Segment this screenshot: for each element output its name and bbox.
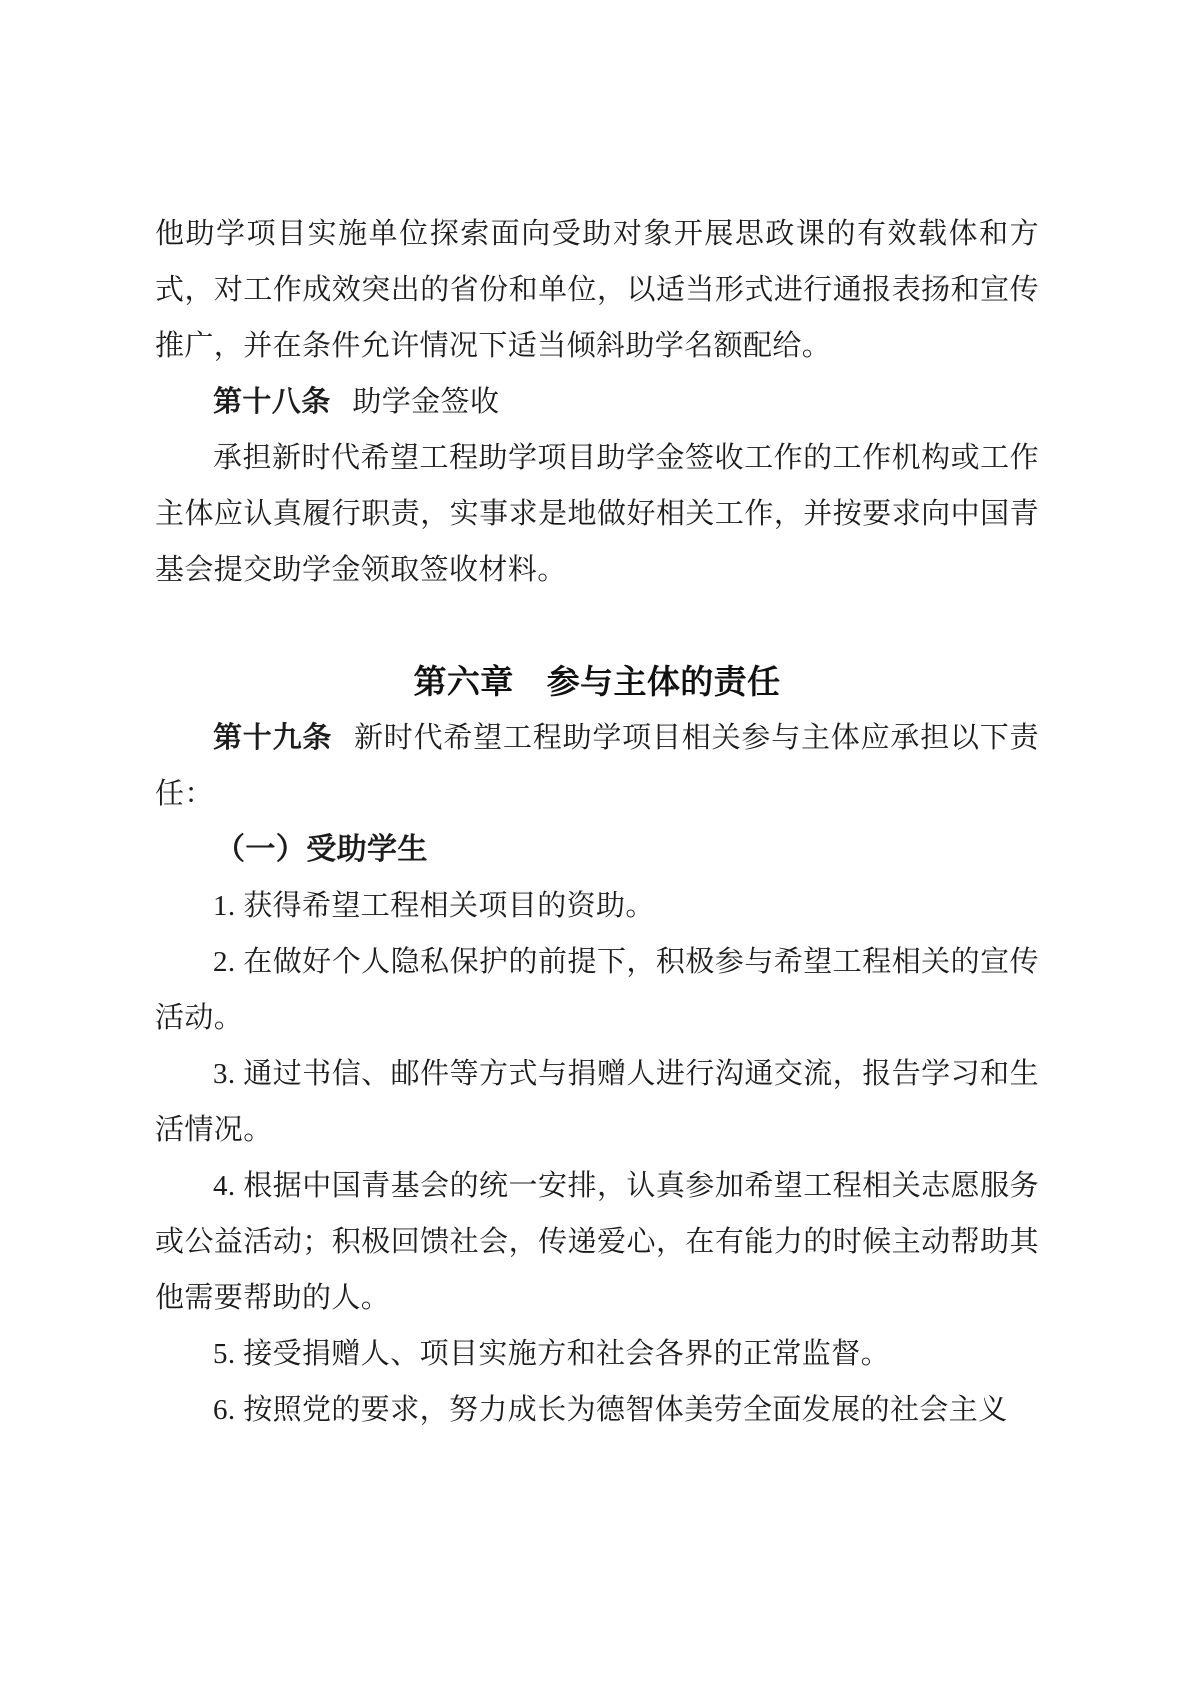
document-content: 他助学项目实施单位探索面向受助对象开展思政课的有效载体和方式，对工作成效突出的省… (155, 206, 1039, 1438)
article-18-title: 助学金签收 (352, 386, 499, 418)
chapter-6-title: 参与主体的责任 (547, 663, 781, 700)
paragraph-continuation: 他助学项目实施单位探索面向受助对象开展思政课的有效载体和方式，对工作成效突出的省… (155, 206, 1039, 374)
chapter-6-heading: 第六章参与主体的责任 (155, 654, 1039, 710)
article-19-number: 第十九条 (213, 722, 332, 754)
article-19-paragraph: 第十九条新时代希望工程助学项目相关参与主体应承担以下责任： (155, 710, 1039, 822)
list-item-3: 3. 通过书信、邮件等方式与捐赠人进行沟通交流，报告学习和生活情况。 (155, 1046, 1039, 1158)
article-18-heading: 第十八条助学金签收 (155, 374, 1039, 430)
list-item-2: 2. 在做好个人隐私保护的前提下，积极参与希望工程相关的宣传活动。 (155, 934, 1039, 1046)
article-18-body: 承担新时代希望工程助学项目助学金签收工作的工作机构或工作主体应认真履行职责，实事… (155, 430, 1039, 598)
document-page: 他助学项目实施单位探索面向受助对象开展思政课的有效载体和方式，对工作成效突出的省… (0, 0, 1191, 1684)
list-item-1: 1. 获得希望工程相关项目的资助。 (155, 878, 1039, 934)
article-18-number: 第十八条 (213, 386, 331, 418)
chapter-6-number: 第六章 (413, 663, 513, 700)
list-item-6: 6. 按照党的要求，努力成长为德智体美劳全面发展的社会主义 (155, 1382, 1039, 1438)
list-item-4: 4. 根据中国青基会的统一安排，认真参加希望工程相关志愿服务或公益活动；积极回馈… (155, 1158, 1039, 1326)
list-item-5: 5. 接受捐赠人、项目实施方和社会各界的正常监督。 (155, 1326, 1039, 1382)
subsection-1-heading: （一）受助学生 (155, 822, 1039, 878)
